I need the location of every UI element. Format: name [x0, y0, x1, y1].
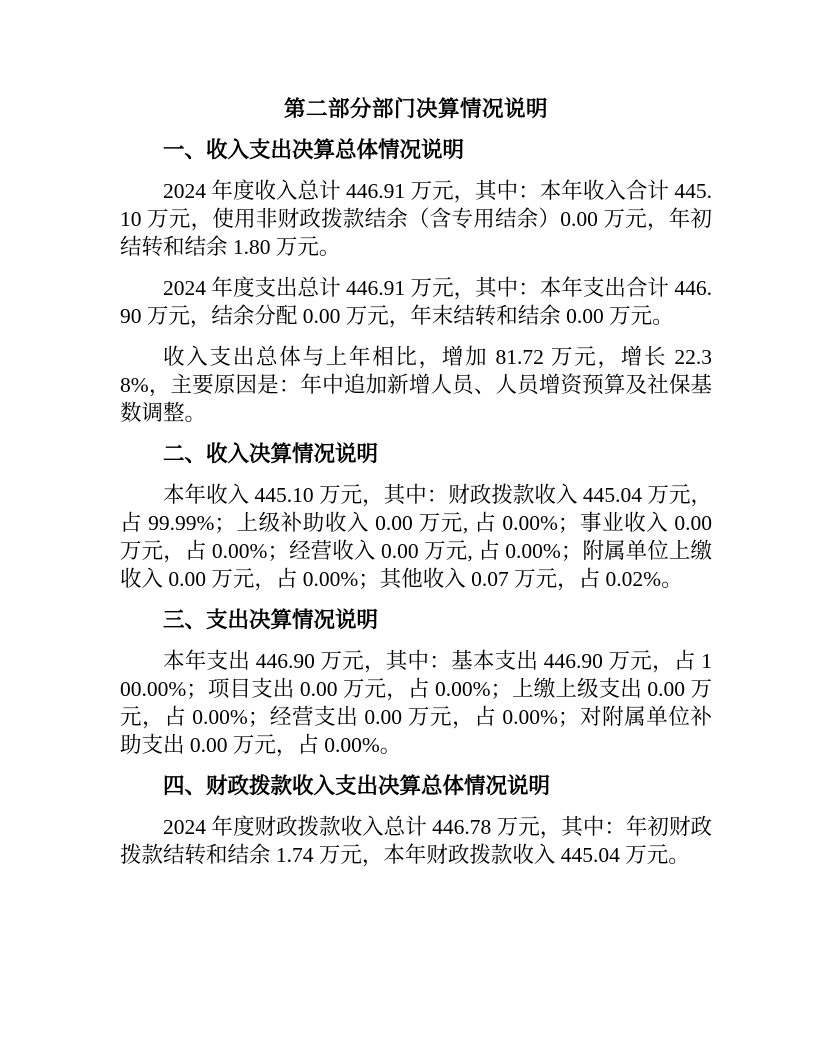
section-heading-income-expenditure-overview: 一、收入支出决算总体情况说明	[120, 136, 712, 164]
body-paragraph-expenditure-total: 2024 年度支出总计 446.91 万元，其中：本年支出合计 446.90 万…	[120, 274, 712, 330]
body-paragraph-fiscal-appropriation: 2024 年度财政拨款收入总计 446.78 万元，其中：年初财政拨款结转和结余…	[120, 813, 712, 869]
body-paragraph-income-total: 2024 年度收入总计 446.91 万元，其中：本年收入合计 445.10 万…	[120, 177, 712, 261]
section-heading-income-detail: 二、收入决算情况说明	[120, 440, 712, 468]
document-page: 第二部分部门决算情况说明 一、收入支出决算总体情况说明 2024 年度收入总计 …	[0, 0, 816, 1056]
body-paragraph-expenditure-detail: 本年支出 446.90 万元，其中：基本支出 446.90 万元，占 100.0…	[120, 647, 712, 759]
body-paragraph-income-detail: 本年收入 445.10 万元，其中：财政拨款收入 445.04 万元，占 99.…	[120, 481, 712, 593]
body-paragraph-yoy-comparison: 收入支出总体与上年相比，增加 81.72 万元，增长 22.38%，主要原因是：…	[120, 343, 712, 427]
document-title: 第二部分部门决算情况说明	[120, 95, 712, 123]
section-heading-fiscal-appropriation-overview: 四、财政拨款收入支出决算总体情况说明	[120, 772, 712, 800]
section-heading-expenditure-detail: 三、支出决算情况说明	[120, 606, 712, 634]
